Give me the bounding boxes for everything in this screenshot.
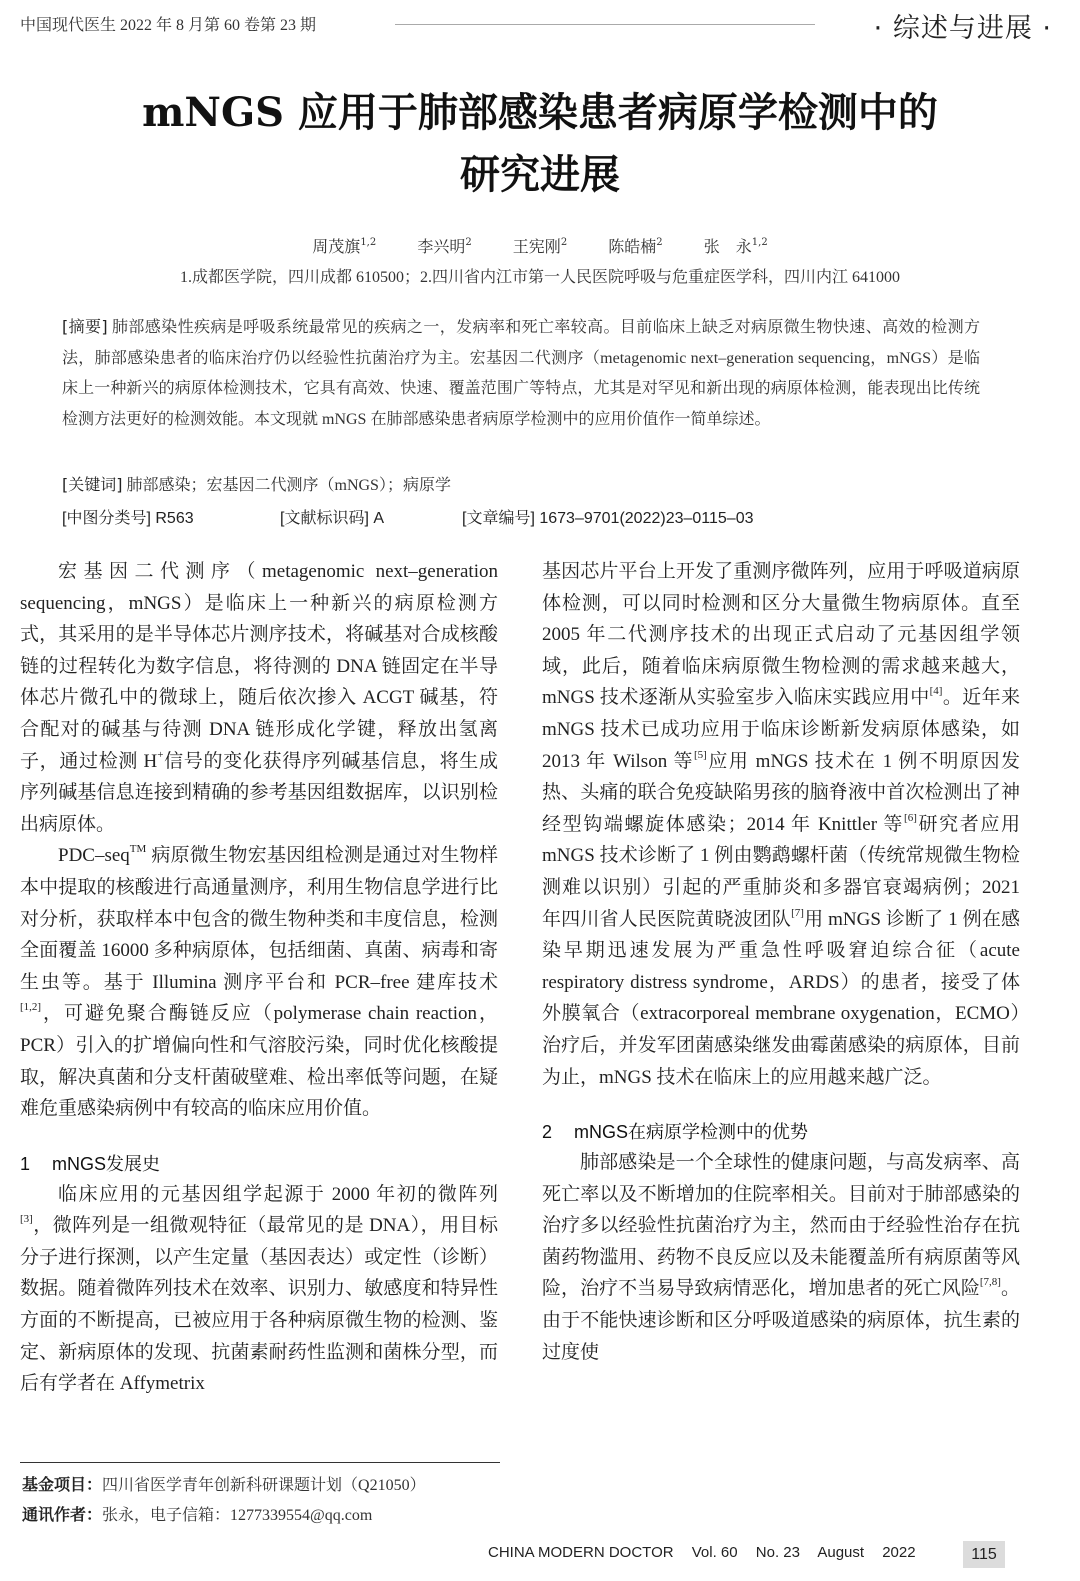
paragraph: 宏基因二代测序（metagenomic next–generation sequ…: [20, 556, 498, 840]
footnotes: 基金项目：四川省医学青年创新科研课题计划（Q21050） 通讯作者：张永，电子信…: [22, 1470, 502, 1530]
paragraph: 肺部感染是一个全球性的健康问题，与高发病率、高死亡率以及不断增加的住院率相关。目…: [542, 1147, 1020, 1368]
affiliations: 1.成都医学院，四川成都 610500；2.四川省内江市第一人民医院呼吸与危重症…: [0, 264, 1080, 287]
running-header: 中国现代医生 2022 年 8 月第 60 卷第 23 期 · 综述与进展 ·: [20, 10, 1060, 44]
citation[interactable]: [1,2]: [20, 1001, 41, 1013]
keywords-label: [关键词]: [62, 475, 123, 494]
footnote-divider: [20, 1462, 500, 1463]
citation[interactable]: [7,8]: [980, 1276, 1001, 1288]
paragraph: PDC–seqTM 病原微生物宏基因组检测是通过对生物样本中提取的核酸进行高通量…: [20, 840, 498, 1124]
abstract-label: [摘要]: [62, 317, 108, 336]
author: 王宪刚2: [513, 234, 567, 257]
corresponding-author-note: 通讯作者：张永，电子信箱：1277339554@qq.com: [22, 1500, 502, 1530]
header-divider: [395, 24, 815, 25]
body-column-right: 基因芯片平台上开发了重测序微阵列，应用于呼吸道病原体检测，可以同时检测和区分大量…: [542, 556, 1020, 1368]
paragraph: 基因芯片平台上开发了重测序微阵列，应用于呼吸道病原体检测，可以同时检测和区分大量…: [542, 556, 1020, 1093]
author: 张 永1,2: [704, 234, 768, 257]
citation[interactable]: [7]: [791, 907, 804, 919]
abstract-text: 肺部感染性疾病是呼吸系统最常见的疾病之一，发病率和死亡率较高。目前临床上缺乏对病…: [62, 319, 980, 428]
citation[interactable]: [3]: [20, 1213, 33, 1225]
citation[interactable]: [5]: [694, 749, 707, 761]
volume: Vol. 60: [692, 1544, 738, 1561]
issue-number: No. 23: [756, 1544, 800, 1561]
abstract: [摘要] 肺部感染性疾病是呼吸系统最常见的疾病之一，发病率和死亡率较高。目前临床…: [62, 312, 980, 435]
section-label: · 综述与进展 ·: [874, 6, 1052, 45]
journal-name-en: CHINA MODERN DOCTOR: [488, 1544, 674, 1561]
author: 周茂旗1,2: [312, 234, 376, 257]
title-line-2: 研究进展: [0, 144, 1080, 206]
citation[interactable]: [4]: [930, 685, 943, 697]
document-code: [文献标识码] A: [280, 505, 384, 528]
month: August: [817, 1544, 864, 1561]
clc-number: [中图分类号] R563: [62, 505, 194, 528]
author: 李兴明2: [417, 234, 471, 257]
funding-note: 基金项目：四川省医学青年创新科研课题计划（Q21050）: [22, 1470, 502, 1500]
body-column-left: 宏基因二代测序（metagenomic next–generation sequ…: [20, 556, 498, 1400]
year: 2022: [882, 1544, 915, 1561]
keywords-text: 肺部感染；宏基因二代测序（mNGS）；病原学: [127, 477, 451, 494]
paragraph: 临床应用的元基因组学起源于 2000 年初的微阵列[3]，微阵列是一组微观特征（…: [20, 1179, 498, 1400]
citation[interactable]: [6]: [904, 812, 917, 824]
article-number: [文章编号] 1673–9701(2022)23–0115–03: [462, 505, 754, 528]
section-heading-2: 2mNGS在病原学检测中的优势: [542, 1117, 1020, 1147]
author-list: 周茂旗1,2 李兴明2 王宪刚2 陈皓楠2 张 永1,2: [0, 234, 1080, 257]
section-heading-1: 1mNGS发展史: [20, 1149, 498, 1179]
keywords: [关键词] 肺部感染；宏基因二代测序（mNGS）；病原学: [62, 472, 980, 495]
running-footer: CHINA MODERN DOCTOR Vol. 60 No. 23 Augus…: [488, 1544, 930, 1561]
journal-issue: 中国现代医生 2022 年 8 月第 60 卷第 23 期: [20, 12, 316, 35]
author: 陈皓楠2: [608, 234, 662, 257]
page-number: 115: [963, 1541, 1005, 1568]
article-title: mNGS 应用于肺部感染患者病原学检测中的 研究进展: [0, 82, 1080, 206]
title-line-1: mNGS 应用于肺部感染患者病原学检测中的: [0, 82, 1080, 144]
